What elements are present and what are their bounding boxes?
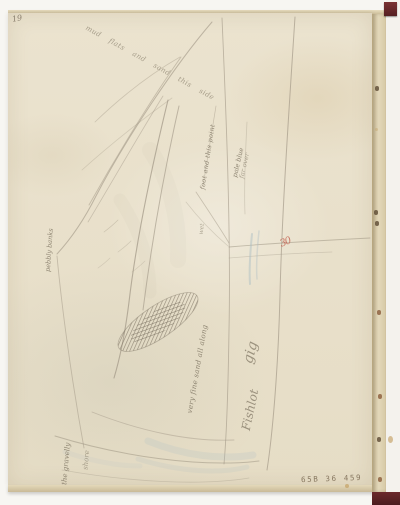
page-number: 19	[11, 13, 23, 24]
stitch-mark	[375, 86, 379, 91]
cover-edge	[386, 0, 400, 505]
stitch-mark	[377, 437, 381, 442]
stitch-mark	[378, 394, 382, 399]
page-bottom-edge	[8, 485, 374, 492]
binding-gutter	[372, 14, 387, 492]
foxing-spot	[375, 128, 378, 131]
leather-cover-top	[384, 2, 397, 16]
stitch-mark	[375, 221, 379, 226]
sketchbook-scan: 19 mud flats and sand this side foot and…	[0, 0, 400, 505]
foxing-spot	[345, 484, 349, 488]
stitch-mark	[377, 310, 381, 315]
leather-cover-bottom	[372, 492, 400, 505]
foxing-spot	[388, 436, 393, 443]
stitch-mark	[374, 210, 378, 215]
stitch-mark	[378, 477, 382, 482]
sketchbook-page	[8, 13, 372, 486]
